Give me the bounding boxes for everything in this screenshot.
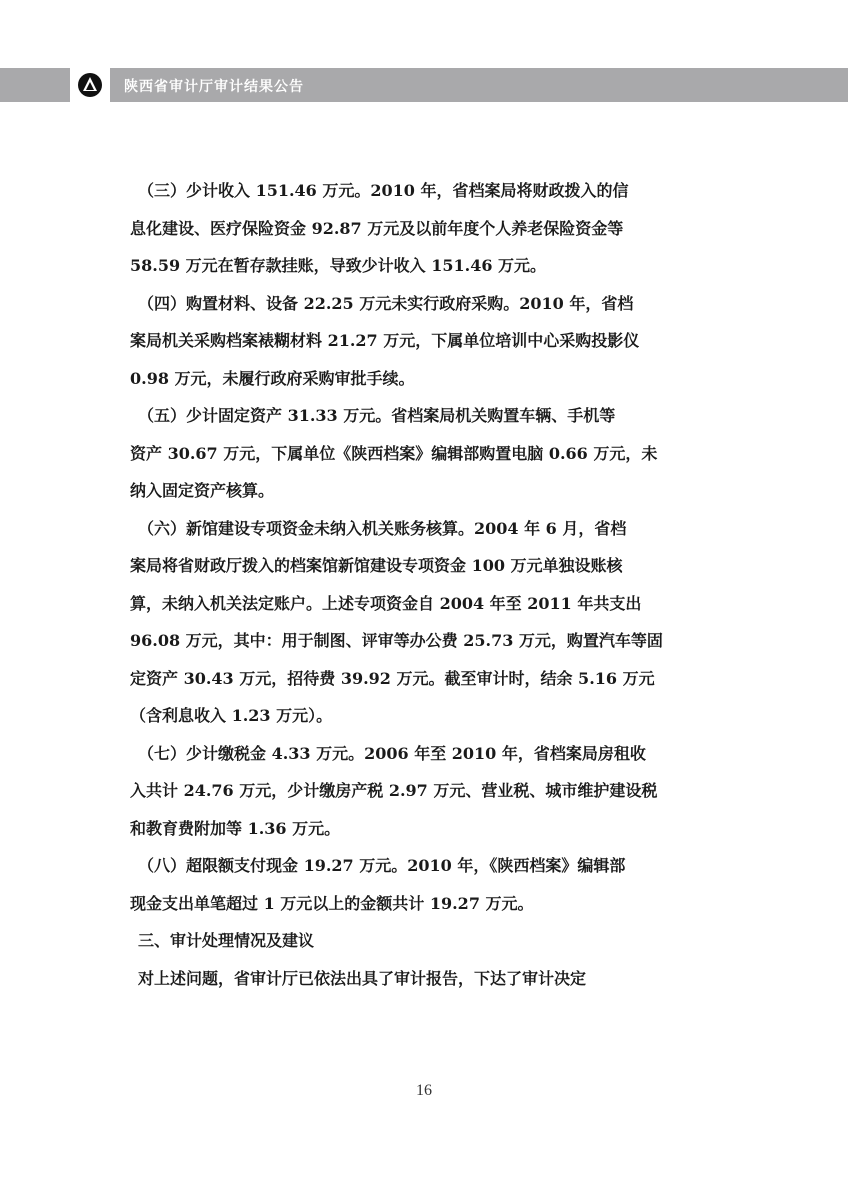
text-line: 息化建设、医疗保险资金 92.87 万元及以前年度个人养老保险资金等 bbox=[130, 210, 670, 248]
paragraph-ba: （八）超限额支付现金 19.27 万元。2010 年，《陕西档案》编辑部 现金支… bbox=[130, 847, 670, 922]
page-number: 16 bbox=[0, 1082, 848, 1100]
text-line: 现金支出单笔超过 1 万元以上的金额共计 19.27 万元。 bbox=[130, 885, 670, 923]
text-line: （四）购置材料、设备 22.25 万元未实行政府采购。2010 年，省档 bbox=[130, 285, 670, 323]
audit-emblem-icon-svg bbox=[76, 71, 104, 99]
text-line: （六）新馆建设专项资金未纳入机关账务核算。2004 年 6 月，省档 bbox=[130, 510, 670, 548]
header-bar-right: 陕西省审计厅审计结果公告 bbox=[110, 68, 848, 102]
text-line: （三）少计收入 151.46 万元。2010 年，省档案局将财政拨入的信 bbox=[130, 172, 670, 210]
text-line: 0.98 万元，未履行政府采购审批手续。 bbox=[130, 360, 670, 398]
paragraph-qi: （七）少计缴税金 4.33 万元。2006 年至 2010 年，省档案局房租收 … bbox=[130, 735, 670, 848]
text-line: 定资产 30.43 万元，招待费 39.92 万元。截至审计时，结余 5.16 … bbox=[130, 660, 670, 698]
audit-emblem-icon bbox=[74, 69, 106, 101]
text-line: 入共计 24.76 万元，少计缴房产税 2.97 万元、营业税、城市维护建设税 bbox=[130, 772, 670, 810]
paragraph-liu: （六）新馆建设专项资金未纳入机关账务核算。2004 年 6 月，省档 案局将省财… bbox=[130, 510, 670, 735]
paragraph-san: （三）少计收入 151.46 万元。2010 年，省档案局将财政拨入的信 息化建… bbox=[130, 172, 670, 285]
text-line: 案局机关采购档案裱糊材料 21.27 万元，下属单位培训中心采购投影仪 bbox=[130, 322, 670, 360]
text-line: 对上述问题，省审计厅已依法出具了审计报告，下达了审计决定 bbox=[130, 960, 670, 998]
text-line: 案局将省财政厅拨入的档案馆新馆建设专项资金 100 万元单独设账核 bbox=[130, 547, 670, 585]
text-line: 96.08 万元，其中：用于制图、评审等办公费 25.73 万元，购置汽车等固 bbox=[130, 622, 670, 660]
document-body: （三）少计收入 151.46 万元。2010 年，省档案局将财政拨入的信 息化建… bbox=[130, 172, 670, 997]
text-line: 纳入固定资产核算。 bbox=[130, 472, 670, 510]
text-line: 资产 30.67 万元，下属单位《陕西档案》编辑部购置电脑 0.66 万元，未 bbox=[130, 435, 670, 473]
closing-paragraph: 对上述问题，省审计厅已依法出具了审计报告，下达了审计决定 bbox=[130, 960, 670, 998]
section-heading: 三、审计处理情况及建议 bbox=[130, 922, 670, 960]
paragraph-wu: （五）少计固定资产 31.33 万元。省档案局机关购置车辆、手机等 资产 30.… bbox=[130, 397, 670, 510]
running-header: 陕西省审计厅审计结果公告 bbox=[0, 68, 848, 102]
header-title: 陕西省审计厅审计结果公告 bbox=[124, 76, 304, 96]
text-line: （七）少计缴税金 4.33 万元。2006 年至 2010 年，省档案局房租收 bbox=[130, 735, 670, 773]
paragraph-si: （四）购置材料、设备 22.25 万元未实行政府采购。2010 年，省档 案局机… bbox=[130, 285, 670, 398]
text-line: （八）超限额支付现金 19.27 万元。2010 年，《陕西档案》编辑部 bbox=[130, 847, 670, 885]
text-line: 和教育费附加等 1.36 万元。 bbox=[130, 810, 670, 848]
header-bar-left bbox=[0, 68, 70, 102]
text-line: （五）少计固定资产 31.33 万元。省档案局机关购置车辆、手机等 bbox=[130, 397, 670, 435]
text-line: （含利息收入 1.23 万元）。 bbox=[130, 697, 670, 735]
text-line: 58.59 万元在暂存款挂账，导致少计收入 151.46 万元。 bbox=[130, 247, 670, 285]
text-line: 算，未纳入机关法定账户。上述专项资金自 2004 年至 2011 年共支出 bbox=[130, 585, 670, 623]
